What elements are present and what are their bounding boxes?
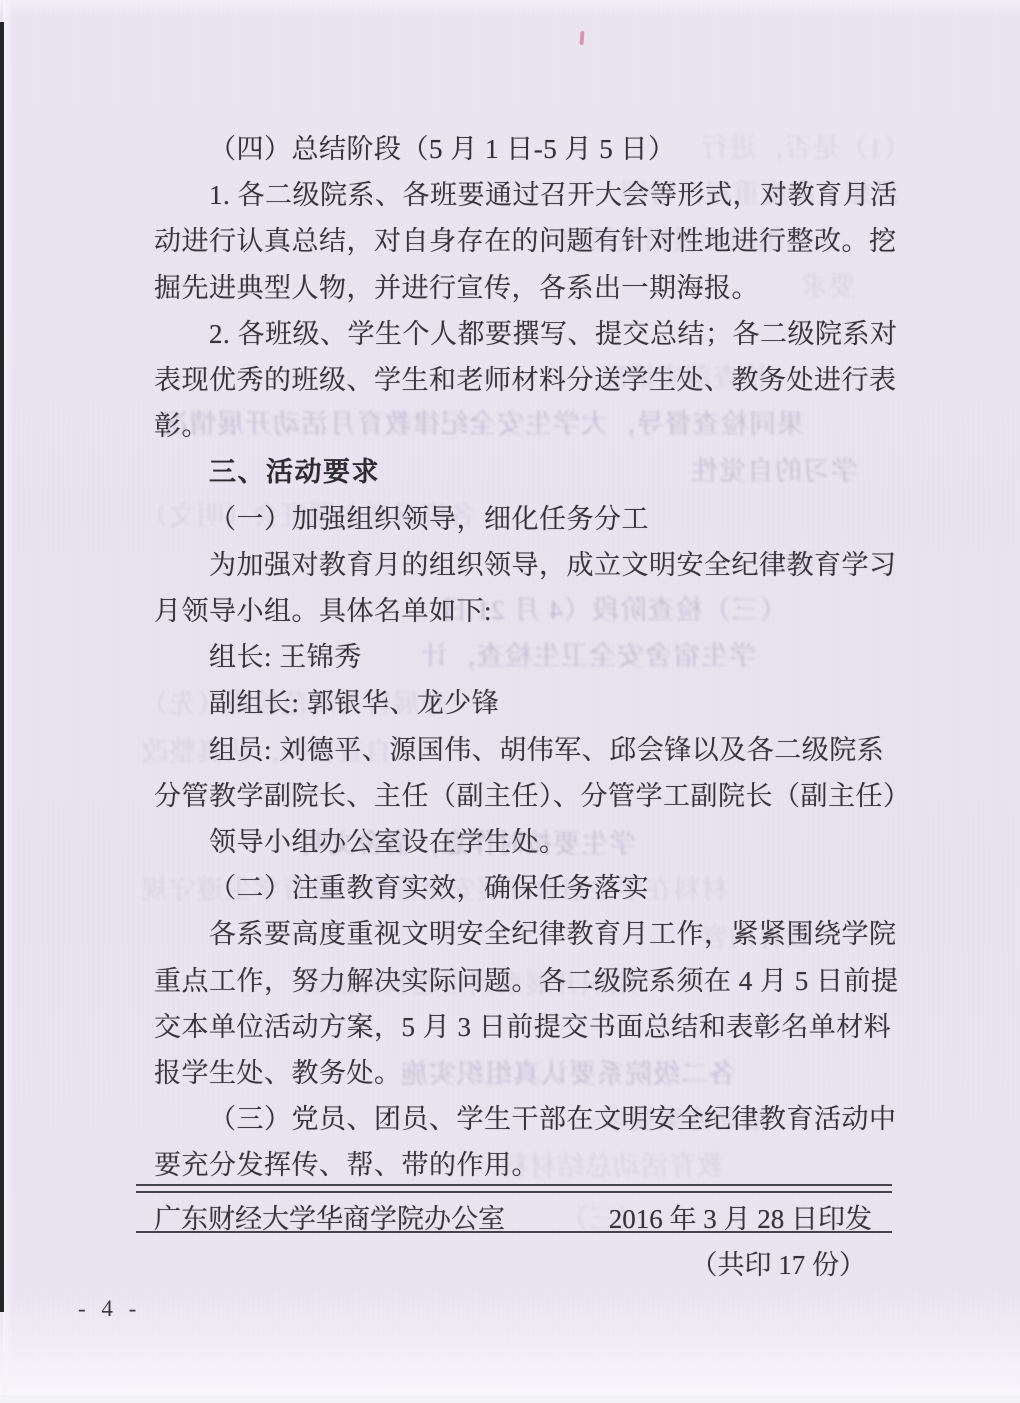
text-line: 各系要高度重视文明安全纪律教育月工作，紧紧围绕学院 xyxy=(154,911,916,957)
text-line: 掘先进典型人物，并进行宣传，各系出一期海报。 xyxy=(154,265,916,311)
text-line: （一）加强组织领导，细化任务分工 xyxy=(154,496,916,542)
print-copies: （共印 17 份） xyxy=(691,1243,867,1282)
text-line: 报学生处、教务处。 xyxy=(154,1050,916,1096)
scan-edge-bottom xyxy=(0,1395,1020,1403)
text-line: （二）注重教育实效，确保任务落实 xyxy=(154,865,916,911)
text-line: 要充分发挥传、帮、带的作用。 xyxy=(154,1142,916,1188)
footer-divider-top xyxy=(136,1184,892,1186)
text-line: 交本单位活动方案，5 月 3 日前提交书面总结和表彰名单材料 xyxy=(154,1004,916,1050)
footer-divider-bottom xyxy=(136,1231,892,1233)
text-line: 为加强对教育月的组织领导，成立文明安全纪律教育学习 xyxy=(154,542,916,588)
page-number: - 4 - xyxy=(78,1296,141,1322)
footer-row: 广东财经大学华商学院办公室 2016 年 3 月 28 日印发 xyxy=(154,1196,872,1236)
text-line: （三）党员、团员、学生干部在文明安全纪律教育活动中 xyxy=(154,1096,916,1142)
text-line: 表现优秀的班级、学生和老师材料分送学生处、教务处进行表 xyxy=(154,357,916,403)
text-line: 副组长: 郭银华、龙少锋 xyxy=(154,680,916,726)
text-line: 组长: 王锦秀 xyxy=(154,634,916,680)
scan-edge-left-light xyxy=(3,0,13,1403)
text-line: （四）总结阶段（5 月 1 日-5 月 5 日） xyxy=(154,126,916,172)
print-date: 2016 年 3 月 28 日印发 xyxy=(609,1197,872,1236)
text-line: 动进行认真总结，对自身存在的问题有针对性地进行整改。挖 xyxy=(154,218,916,264)
red-ink-mark xyxy=(580,31,585,45)
footer-divider-double xyxy=(136,1191,892,1193)
issuing-office: 广东财经大学华商学院办公室 xyxy=(154,1197,505,1236)
text-line: 分管教学副院长、主任（副主任）、分管学工副院长（副主任） xyxy=(154,773,916,819)
text-line: 月领导小组。具体名单如下: xyxy=(154,588,916,634)
scan-edge-left-dark xyxy=(0,22,4,1312)
text-line: 1. 各二级院系、各班要通过召开大会等形式，对教育月活 xyxy=(154,172,916,218)
text-line: 彰。 xyxy=(154,403,916,449)
text-line: 2. 各班级、学生个人都要撰写、提交总结；各二级院系对 xyxy=(154,311,916,357)
text-line: 三、活动要求 xyxy=(154,449,916,495)
text-line: 领导小组办公室设在学生处。 xyxy=(154,819,916,865)
scanned-document-page: （1）是否，进行思想上高度重视，特别认真组织开展相关活动要求检查落实情况果同检查… xyxy=(0,0,1020,1403)
text-line: 组员: 刘德平、源国伟、胡伟军、邱会锋以及各二级院系 xyxy=(154,727,916,773)
text-line: 重点工作，努力解决实际问题。各二级院系须在 4 月 5 日前提 xyxy=(154,958,916,1004)
